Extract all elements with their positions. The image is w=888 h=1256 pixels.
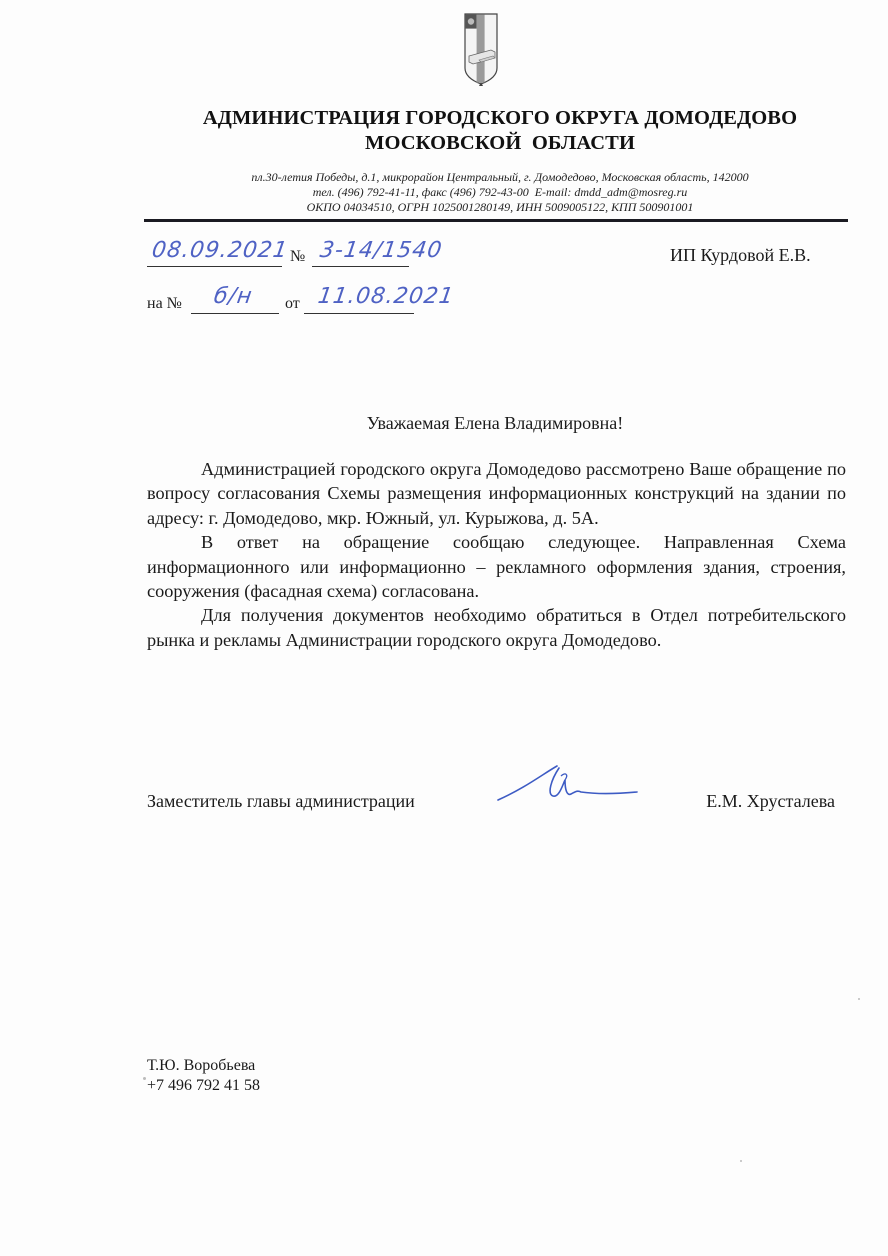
coat-of-arms-icon xyxy=(463,12,499,86)
signatory-position: Заместитель главы администрации xyxy=(147,791,415,812)
org-phones-email: тел. (496) 792-41-11, факс (496) 792-43-… xyxy=(100,185,888,200)
salutation: Уважаемая Елена Владимировна! xyxy=(0,413,888,434)
scan-speck xyxy=(858,998,860,1000)
letter-body: Администрацией городского округа Домодед… xyxy=(147,457,846,652)
reply-to-label: на № xyxy=(147,295,182,313)
number-label: № xyxy=(290,248,305,266)
reply-to-date-line xyxy=(304,313,414,314)
reply-to-number: б/н xyxy=(212,284,254,309)
org-title-line-1: АДМИНИСТРАЦИЯ ГОРОДСКОГО ОКРУГА ДОМОДЕДО… xyxy=(100,106,888,131)
executor-phone: +7 496 792 41 58 xyxy=(147,1076,260,1096)
recipient: ИП Курдовой Е.В. xyxy=(670,245,811,266)
outgoing-date: 08.09.2021 xyxy=(150,238,289,263)
reply-to-number-line xyxy=(191,313,279,314)
outgoing-number: 3-14/1540 xyxy=(318,238,444,263)
body-paragraph-3: Для получения документов необходимо обра… xyxy=(147,603,846,652)
org-title-line-2: МОСКОВСКОЙ ОБЛАСТИ xyxy=(100,131,888,156)
signatory-name: Е.М. Хрусталева xyxy=(706,791,835,812)
organization-title: АДМИНИСТРАЦИЯ ГОРОДСКОГО ОКРУГА ДОМОДЕДО… xyxy=(100,106,888,156)
outgoing-number-line xyxy=(312,266,409,267)
body-paragraph-1: Администрацией городского округа Домодед… xyxy=(147,457,846,530)
scan-speck xyxy=(143,1077,146,1080)
org-address: пл.30-летия Победы, д.1, микрорайон Цент… xyxy=(100,170,888,185)
letterhead-divider xyxy=(144,219,848,222)
from-label: от xyxy=(285,295,300,313)
org-registry-codes: ОКПО 04034510, ОГРН 1025001280149, ИНН 5… xyxy=(100,200,888,215)
letter-page: АДМИНИСТРАЦИЯ ГОРОДСКОГО ОКРУГА ДОМОДЕДО… xyxy=(0,0,888,1256)
body-paragraph-2: В ответ на обращение сообщаю следующее. … xyxy=(147,530,846,603)
executor-info: Т.Ю. Воробьева +7 496 792 41 58 xyxy=(147,1056,260,1096)
executor-name: Т.Ю. Воробьева xyxy=(147,1056,260,1076)
outgoing-date-line xyxy=(147,266,282,267)
organization-contacts: пл.30-летия Победы, д.1, микрорайон Цент… xyxy=(100,170,888,215)
handwritten-signature-icon xyxy=(495,760,645,830)
scan-speck xyxy=(740,1160,742,1162)
reply-to-date: 11.08.2021 xyxy=(316,284,455,309)
